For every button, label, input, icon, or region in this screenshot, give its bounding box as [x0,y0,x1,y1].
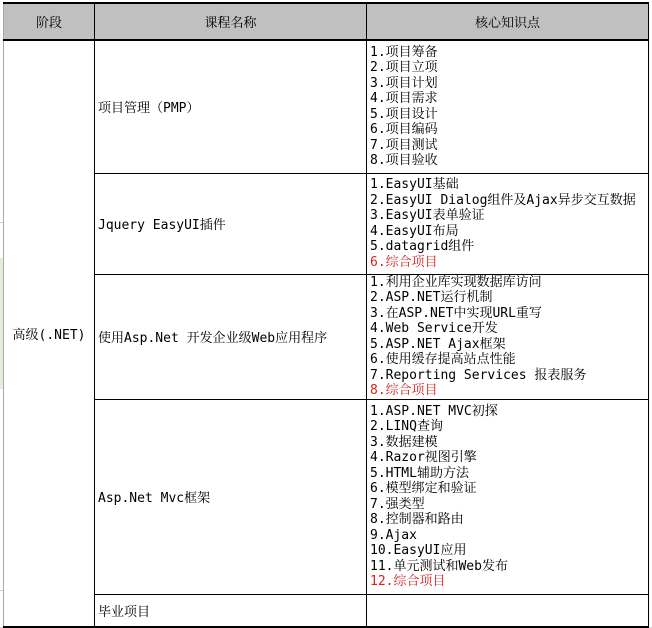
knowledge-points-cell: 1.项目筹备2.项目立项3.项目计划4.项目需求5.项目设计6.项目编码7.项目… [367,40,649,173]
knowledge-point: 9.Ajax [367,528,648,544]
knowledge-point: 3.在ASP.NET中实现URL重写 [367,306,648,322]
knowledge-point: 8.控制器和路由 [367,512,648,528]
knowledge-point: 5.ASP.NET Ajax框架 [367,337,648,353]
course-name-cell: 项目管理（PMP） [95,40,367,173]
knowledge-point: 6.模型绑定和验证 [367,481,648,497]
course-row: 高级(.NET)项目管理（PMP）1.项目筹备2.项目立项3.项目计划4.项目需… [4,40,649,173]
course-row: Asp.Net Mvc框架1.ASP.NET MVC初探2.LINQ查询3.数据… [4,399,649,594]
knowledge-point: 7.Reporting Services 报表服务 [367,368,648,384]
knowledge-points-cell: 1.EasyUI基础2.EasyUI Dialog组件及Ajax异步交互数据3.… [367,173,649,274]
knowledge-point: 2.项目立项 [367,60,648,76]
column-header: 核心知识点 [367,3,649,40]
knowledge-point: 6.综合项目 [367,255,648,271]
course-row: Jquery EasyUI插件1.EasyUI基础2.EasyUI Dialog… [4,173,649,274]
knowledge-point: 12.综合项目 [367,574,648,590]
knowledge-point: 5.datagrid组件 [367,239,648,255]
knowledge-point: 4.项目需求 [367,91,648,107]
knowledge-point: 6.使用缓存提高站点性能 [367,352,648,368]
knowledge-point: 2.EasyUI Dialog组件及Ajax异步交互数据 [367,193,648,209]
knowledge-point: 7.项目测试 [367,138,648,154]
knowledge-point: 8.项目验收 [367,153,648,169]
knowledge-point: 4.Razor视图引擎 [367,450,648,466]
knowledge-point: 4.EasyUI布局 [367,224,648,240]
knowledge-points-cell: 1.ASP.NET MVC初探2.LINQ查询3.数据建模4.Razor视图引擎… [367,399,649,594]
knowledge-point: 2.ASP.NET运行机制 [367,290,648,306]
knowledge-point: 7.强类型 [367,497,648,513]
knowledge-point: 3.EasyUI表单验证 [367,208,648,224]
knowledge-point: 1.项目筹备 [367,45,648,61]
curriculum-table-wrap: 阶段课程名称核心知识点 高级(.NET)项目管理（PMP）1.项目筹备2.项目立… [3,2,649,628]
column-header: 阶段 [4,3,95,40]
knowledge-point: 3.项目计划 [367,76,648,92]
knowledge-point: 5.HTML辅助方法 [367,466,648,482]
stage-cell: 高级(.NET) [4,40,95,627]
knowledge-point: 1.EasyUI基础 [367,177,648,193]
curriculum-table: 阶段课程名称核心知识点 高级(.NET)项目管理（PMP）1.项目筹备2.项目立… [3,2,649,628]
knowledge-points-cell: 1.利用企业库实现数据库访问2.ASP.NET运行机制3.在ASP.NET中实现… [367,274,649,399]
knowledge-point: 1.利用企业库实现数据库访问 [367,275,648,291]
table-body: 高级(.NET)项目管理（PMP）1.项目筹备2.项目立项3.项目计划4.项目需… [4,40,649,627]
knowledge-point: 3.数据建模 [367,435,648,451]
course-row: 使用Asp.Net 开发企业级Web应用程序1.利用企业库实现数据库访问2.AS… [4,274,649,399]
column-header: 课程名称 [95,3,367,40]
course-row: 毕业项目 [4,594,649,627]
spreadsheet-capture: 阶段课程名称核心知识点 高级(.NET)项目管理（PMP）1.项目筹备2.项目立… [0,0,652,628]
knowledge-point: 11.单元测试和Web发布 [367,559,648,575]
course-name-cell: Jquery EasyUI插件 [95,173,367,274]
table-header-row: 阶段课程名称核心知识点 [4,3,649,40]
knowledge-point: 8.综合项目 [367,383,648,399]
course-name-cell: 毕业项目 [95,594,367,627]
knowledge-point: 4.Web Service开发 [367,321,648,337]
knowledge-point: 5.项目设计 [367,107,648,123]
knowledge-point: 10.EasyUI应用 [367,543,648,559]
course-name-cell: Asp.Net Mvc框架 [95,399,367,594]
course-name-cell: 使用Asp.Net 开发企业级Web应用程序 [95,274,367,399]
knowledge-point: 1.ASP.NET MVC初探 [367,404,648,420]
knowledge-point: 6.项目编码 [367,122,648,138]
knowledge-point: 2.LINQ查询 [367,419,648,435]
knowledge-points-cell [367,594,649,627]
